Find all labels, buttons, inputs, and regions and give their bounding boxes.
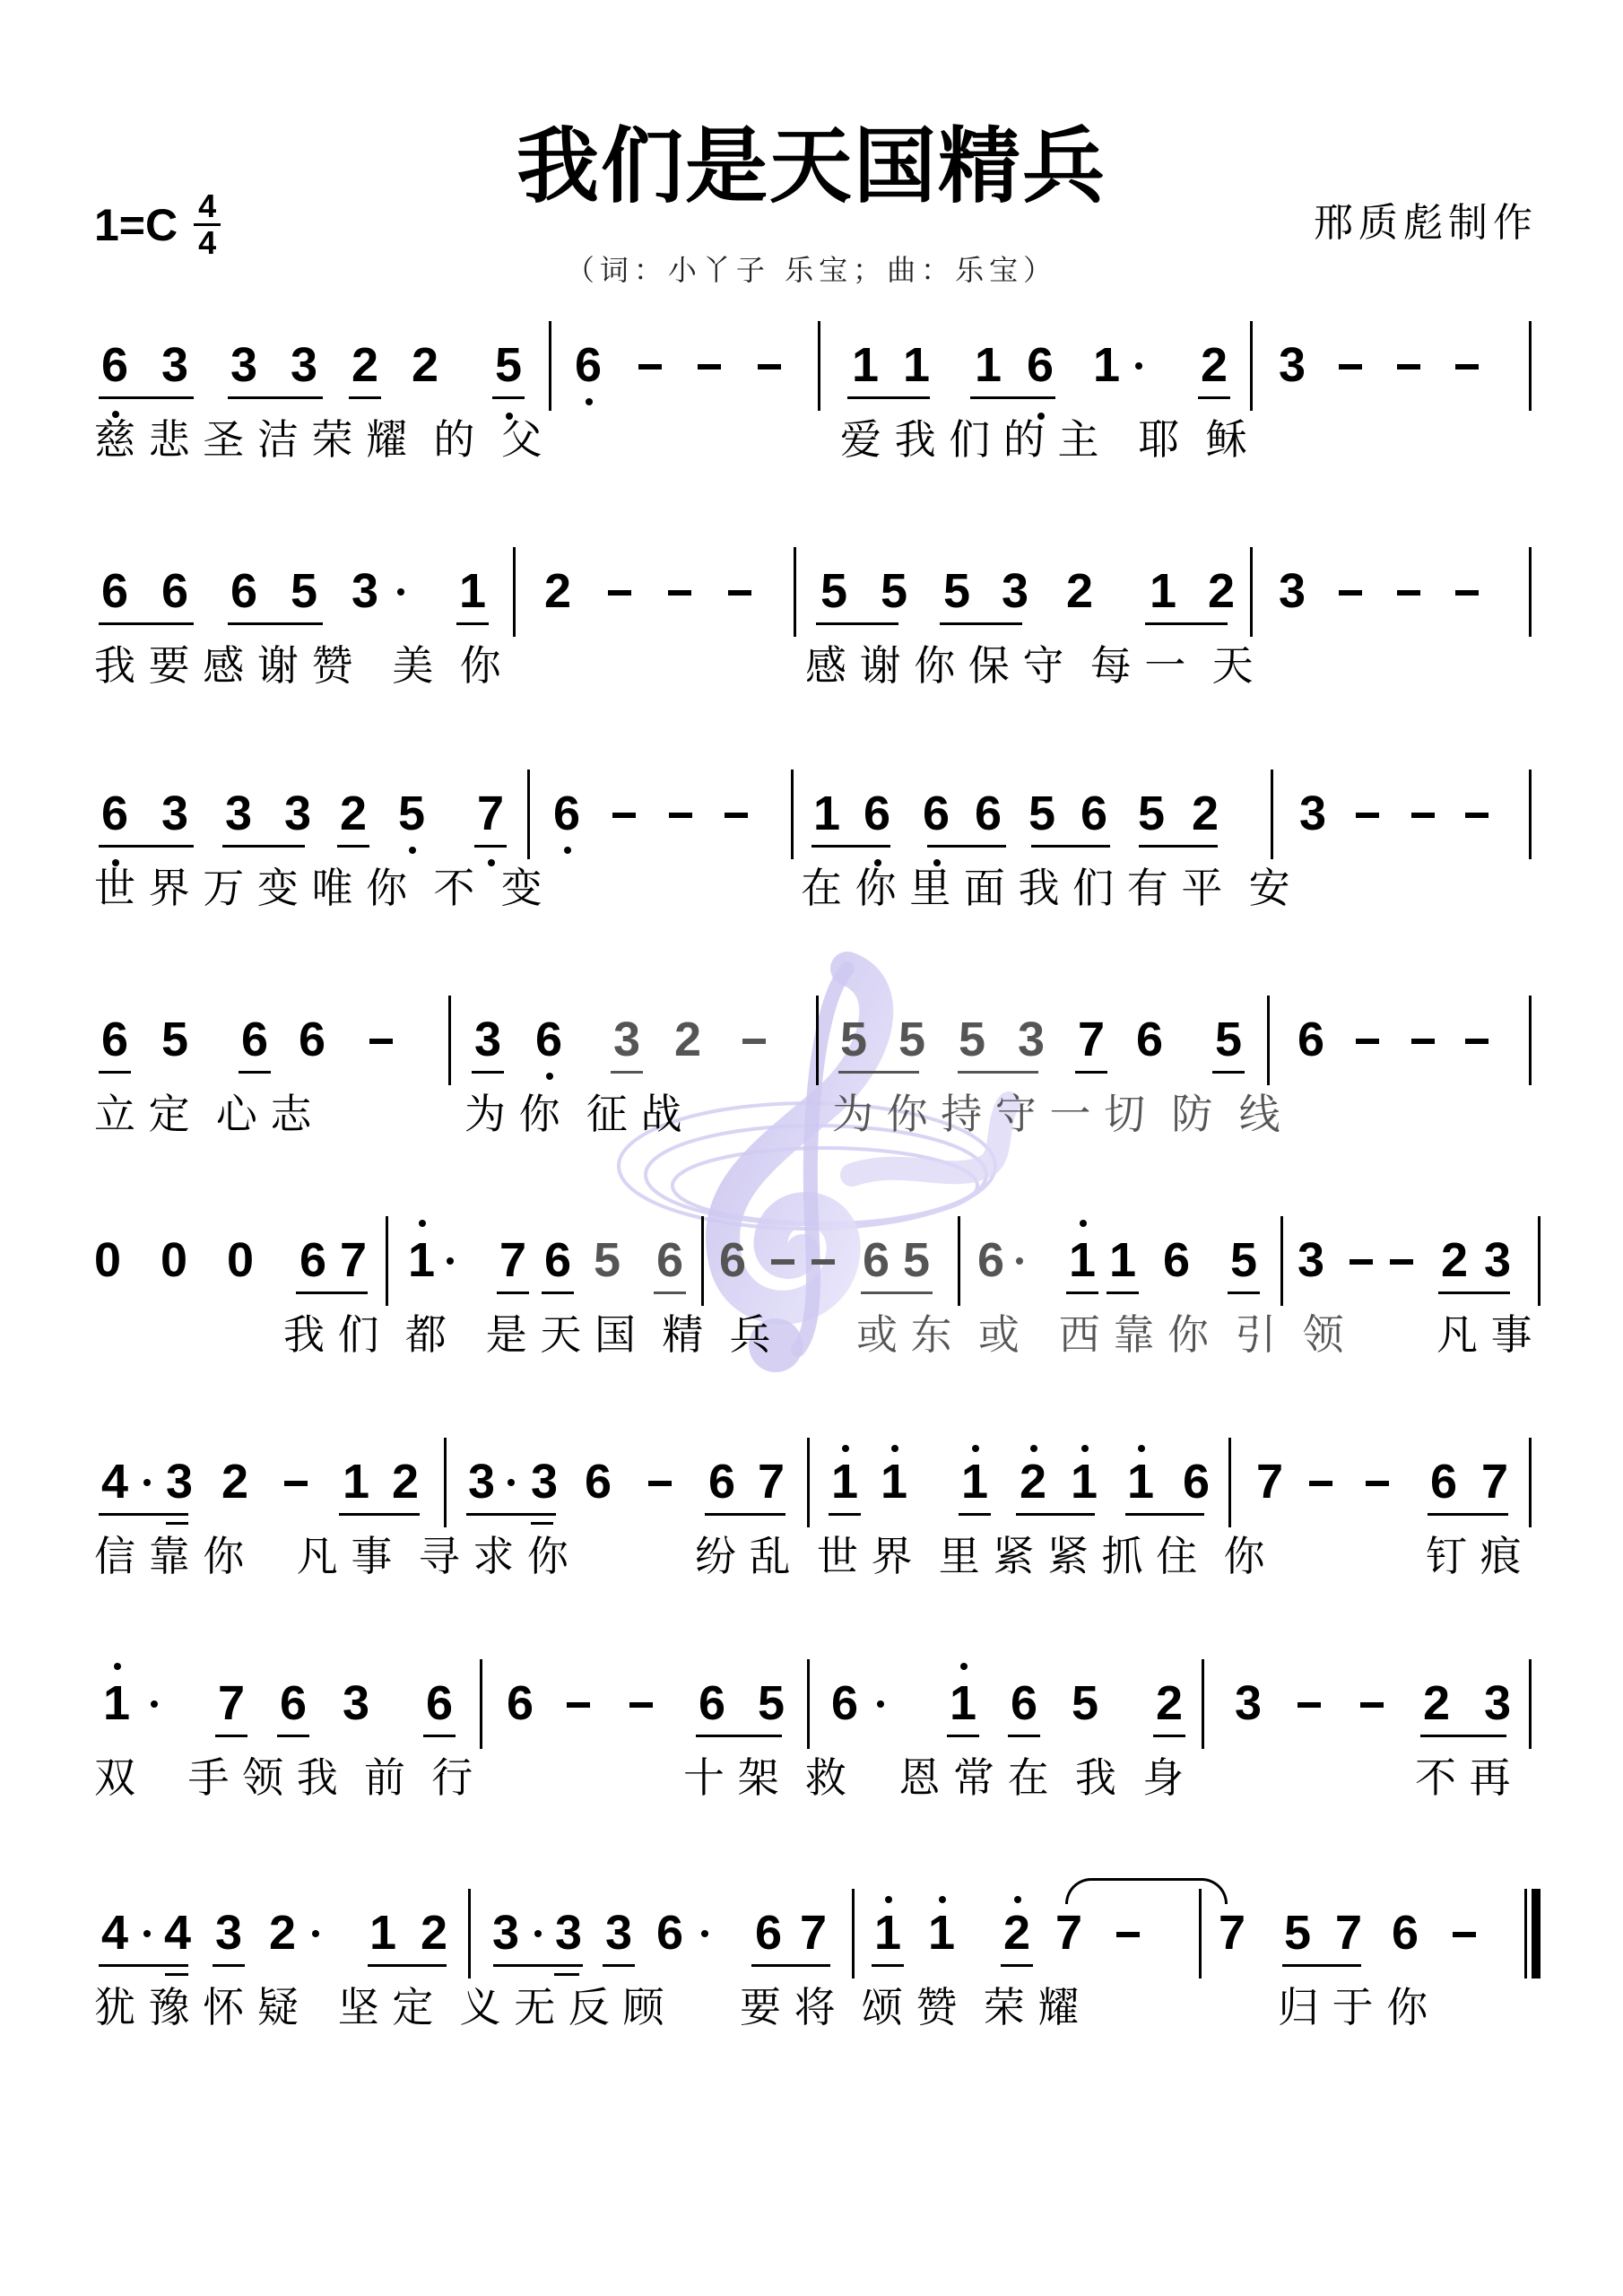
hold-dash bbox=[1411, 1039, 1435, 1044]
note: 6 bbox=[749, 1909, 788, 1957]
note: 5 bbox=[587, 1236, 627, 1284]
note: 3 bbox=[1478, 1679, 1517, 1727]
hold-dash bbox=[669, 813, 692, 818]
hold-dash bbox=[608, 590, 631, 596]
note: 1 bbox=[453, 567, 492, 615]
note: 1 bbox=[868, 1909, 907, 1957]
hold-dash bbox=[1360, 1702, 1384, 1708]
lyric-line: 为 你 征 战 bbox=[464, 1089, 682, 1139]
beam-underline bbox=[847, 396, 930, 399]
note: 5 bbox=[1022, 789, 1062, 838]
barline bbox=[468, 1889, 471, 1979]
note: 2 bbox=[345, 341, 385, 389]
hold-dash bbox=[1397, 590, 1420, 596]
beam-underline bbox=[228, 396, 323, 399]
note: 0 bbox=[88, 1236, 127, 1284]
note: 1 bbox=[897, 341, 936, 389]
note: 1 bbox=[807, 789, 846, 838]
note: 6 bbox=[692, 1679, 732, 1727]
barline bbox=[549, 321, 551, 411]
note: 2 bbox=[215, 1457, 255, 1506]
note: 3 bbox=[155, 341, 195, 389]
note: 5 bbox=[392, 789, 431, 838]
note: 3 bbox=[486, 1909, 525, 1957]
beam-underline bbox=[554, 1973, 579, 1976]
hold-dash bbox=[728, 590, 751, 596]
score-row-3: 6 3 3 3 2 5 7 6 1 6 6 6 5 6 5 2 bbox=[0, 789, 1623, 969]
hold-dash bbox=[668, 590, 691, 596]
beam-underline bbox=[99, 845, 194, 848]
note: 1 bbox=[955, 1457, 994, 1506]
augmentation-dot bbox=[508, 1479, 515, 1486]
beam-underline bbox=[696, 1735, 782, 1737]
hold-dash bbox=[369, 1039, 393, 1044]
note: 3 bbox=[1011, 1015, 1051, 1064]
beam-underline bbox=[811, 845, 890, 848]
note: 7 bbox=[212, 1679, 251, 1727]
note: 1 bbox=[874, 1457, 914, 1506]
score-row-4: 6 5 6 6 3 6 3 2 5 5 5 3 7 6 5 6 bbox=[0, 1015, 1623, 1195]
hold-dash bbox=[1397, 364, 1420, 370]
note: 1 bbox=[1063, 1236, 1102, 1284]
note: 7 bbox=[1049, 1909, 1089, 1957]
note: 2 bbox=[1194, 341, 1234, 389]
beam-underline bbox=[970, 396, 1055, 399]
note: 7 bbox=[1250, 1457, 1289, 1506]
note: 7 bbox=[493, 1236, 533, 1284]
note: 2 bbox=[414, 1909, 454, 1957]
augmentation-dot bbox=[143, 1930, 151, 1937]
score-row-8: 4 4 3 2 1 2 3 3 3 6 6 7 1 1 2 bbox=[0, 1909, 1623, 2088]
note: 7 bbox=[794, 1909, 833, 1957]
barline bbox=[1250, 547, 1253, 637]
augmentation-dot bbox=[534, 1930, 542, 1937]
note: 2 bbox=[1417, 1679, 1456, 1727]
hold-dash bbox=[1465, 813, 1488, 818]
beam-underline bbox=[531, 1522, 553, 1525]
note: 1 bbox=[363, 1909, 403, 1957]
barline bbox=[1529, 996, 1532, 1085]
beam-underline bbox=[1282, 1964, 1361, 1967]
note: 3 bbox=[224, 341, 264, 389]
note: 3 bbox=[1478, 1236, 1517, 1284]
note: 7 bbox=[334, 1236, 373, 1284]
note: 4 bbox=[158, 1909, 197, 1957]
hold-dash bbox=[1390, 1259, 1413, 1265]
lyric-line: 犹 豫 怀 疑 坚 定 义 无 反 顾 bbox=[94, 1982, 664, 2032]
lyric-line: 凡 事 bbox=[1436, 1309, 1532, 1360]
note: 1 bbox=[1143, 567, 1183, 615]
note: 6 bbox=[420, 1679, 459, 1727]
barline bbox=[444, 1438, 447, 1527]
note: 6 bbox=[155, 567, 195, 615]
note: 6 bbox=[568, 341, 608, 389]
barline bbox=[386, 1216, 388, 1306]
augmentation-dot bbox=[397, 588, 404, 596]
note: 2 bbox=[1150, 1679, 1189, 1727]
barline bbox=[1199, 1889, 1202, 1979]
note: 6 bbox=[293, 1236, 333, 1284]
barline bbox=[1250, 321, 1253, 411]
beam-underline bbox=[1145, 622, 1228, 625]
augmentation-dot bbox=[447, 1257, 454, 1265]
beam-underline bbox=[296, 1291, 368, 1294]
lyric-line: 信 靠 你 凡 事 寻 求 你 bbox=[94, 1531, 568, 1581]
barline bbox=[852, 1889, 855, 1979]
time-numerator: 4 bbox=[198, 190, 216, 222]
note: 1 bbox=[846, 341, 885, 389]
barline bbox=[807, 1438, 810, 1527]
hold-dash bbox=[648, 1481, 672, 1486]
beam-underline bbox=[166, 1522, 188, 1525]
beam-underline bbox=[927, 845, 1006, 848]
note: 0 bbox=[221, 1236, 260, 1284]
note: 6 bbox=[650, 1909, 690, 1957]
lyric-line: 归 于 你 bbox=[1278, 1982, 1428, 2032]
note: 6 bbox=[224, 567, 264, 615]
lyric-line: 爱 我 们 的 主 耶 稣 bbox=[840, 414, 1247, 465]
beam-underline bbox=[816, 622, 898, 625]
lyric-line: 或 东 或 西 靠 你 引 领 bbox=[856, 1309, 1343, 1360]
note: 3 bbox=[995, 567, 1035, 615]
hold-dash bbox=[1309, 1481, 1332, 1486]
note: 6 bbox=[1004, 1679, 1044, 1727]
note: 3 bbox=[1291, 1236, 1331, 1284]
lyric-line: 为 你 持 守 一 切 防 线 bbox=[832, 1089, 1280, 1139]
note: 3 bbox=[1272, 341, 1312, 389]
barline bbox=[1529, 770, 1532, 859]
sheet-music-page: 我们是天国精兵 1=C 4 4 邢质彪制作 （词：小丫子 乐宝；曲：乐宝） bbox=[0, 0, 1623, 2296]
augmentation-dot bbox=[151, 1700, 158, 1708]
note: 6 bbox=[273, 1679, 313, 1727]
note: 3 bbox=[160, 1457, 199, 1506]
barline bbox=[1271, 770, 1273, 859]
note: 7 bbox=[1329, 1909, 1368, 1957]
barline bbox=[807, 1659, 810, 1749]
note: 3 bbox=[209, 1909, 248, 1957]
beam-underline bbox=[1428, 1513, 1508, 1516]
note: 3 bbox=[468, 1015, 508, 1064]
barline bbox=[1228, 1438, 1231, 1527]
augmentation-dot bbox=[877, 1700, 884, 1708]
score-row-7: 1 7 6 3 6 6 6 5 6 1 6 5 2 3 2 3 bbox=[0, 1679, 1623, 1858]
hold-dash bbox=[1465, 1039, 1488, 1044]
note: 2 bbox=[1185, 789, 1225, 838]
lyric-line: 世 界 万 变 唯 你 不 变 bbox=[94, 863, 542, 913]
barline bbox=[1280, 1216, 1283, 1306]
note: 6 bbox=[292, 1015, 332, 1064]
author-credit: 邢质彪制作 bbox=[1314, 190, 1538, 248]
note: 5 bbox=[897, 1236, 936, 1284]
note: 6 bbox=[968, 789, 1008, 838]
note: 3 bbox=[525, 1457, 564, 1506]
beam-underline bbox=[1016, 1513, 1095, 1516]
note: 3 bbox=[607, 1015, 647, 1064]
note: 6 bbox=[1020, 341, 1060, 389]
beam-underline bbox=[1420, 1735, 1506, 1737]
lyric-line: 要 将 颂 赞 荣 耀 bbox=[740, 1982, 1079, 2032]
note: 5 bbox=[284, 567, 324, 615]
score-row-5: 0 0 0 6 7 1 7 6 5 6 6 6 5 6 1 1 6 5 bbox=[0, 1236, 1623, 1415]
barline bbox=[1202, 1659, 1204, 1749]
note: 3 bbox=[549, 1909, 588, 1957]
hold-dash bbox=[1116, 1932, 1140, 1937]
note: 3 bbox=[219, 789, 258, 838]
hold-dash bbox=[1356, 813, 1379, 818]
note: 1 bbox=[1121, 1457, 1160, 1506]
beam-underline bbox=[222, 845, 305, 848]
hold-dash bbox=[638, 364, 662, 370]
barline bbox=[701, 1216, 704, 1306]
note: 5 bbox=[952, 1015, 992, 1064]
barline bbox=[816, 996, 819, 1085]
lyric-line: 在 你 里 面 我 们 有 平 安 bbox=[801, 863, 1290, 913]
note: 2 bbox=[1202, 567, 1241, 615]
note: 3 bbox=[345, 567, 385, 615]
note: 6 bbox=[529, 1015, 568, 1064]
note: 2 bbox=[1060, 567, 1099, 615]
beam-underline bbox=[1031, 845, 1110, 848]
note: 7 bbox=[751, 1457, 791, 1506]
note: 1 bbox=[336, 1457, 376, 1506]
note: 6 bbox=[713, 1236, 752, 1284]
note: 5 bbox=[155, 1015, 195, 1064]
beam-underline bbox=[228, 622, 323, 625]
lyric-line: 慈 悲 圣 洁 荣 耀 的 父 bbox=[94, 414, 542, 465]
note: 1 bbox=[1087, 341, 1126, 389]
barline bbox=[1538, 1216, 1541, 1306]
note: 6 bbox=[1291, 1015, 1331, 1064]
beam-underline bbox=[940, 622, 1022, 625]
note: 6 bbox=[1130, 1015, 1169, 1064]
beam-underline bbox=[705, 1513, 785, 1516]
note: 6 bbox=[1176, 1457, 1216, 1506]
note: 4 bbox=[95, 1457, 135, 1506]
augmentation-dot bbox=[1135, 362, 1142, 370]
barline bbox=[791, 770, 794, 859]
hold-dash bbox=[758, 364, 781, 370]
score-row-2: 6 6 6 5 3 1 2 5 5 5 3 2 1 2 3 bbox=[0, 567, 1623, 746]
hold-dash bbox=[698, 364, 721, 370]
note: 6 bbox=[971, 1236, 1011, 1284]
barline bbox=[1267, 996, 1270, 1085]
augmentation-dot bbox=[143, 1479, 151, 1486]
barline bbox=[448, 996, 451, 1085]
lyrics-music-credit: （词：小丫子 乐宝；曲：乐宝） bbox=[0, 248, 1623, 289]
note: 6 bbox=[1385, 1909, 1425, 1957]
beam-underline bbox=[99, 1513, 188, 1516]
lyric-line: 纷 乱 世 界 里 紧 紧 抓 住 你 bbox=[695, 1531, 1264, 1581]
note: 2 bbox=[1435, 1236, 1474, 1284]
note: 5 bbox=[1065, 1679, 1105, 1727]
note: 6 bbox=[578, 1457, 618, 1506]
barline bbox=[513, 547, 516, 637]
lyric-line: 十 架 救 恩 常 在 我 身 bbox=[683, 1752, 1184, 1803]
barline bbox=[818, 321, 820, 411]
note: 7 bbox=[1212, 1909, 1252, 1957]
barline bbox=[1529, 1438, 1532, 1527]
lyric-line: 立 定 心 志 bbox=[94, 1089, 312, 1139]
note: 5 bbox=[937, 567, 976, 615]
augmentation-dot bbox=[1016, 1257, 1023, 1265]
note: 1 bbox=[1103, 1236, 1142, 1284]
lyric-line: 钉 痕 bbox=[1426, 1531, 1522, 1581]
note: 0 bbox=[154, 1236, 194, 1284]
hold-dash bbox=[1356, 1039, 1379, 1044]
final-barline bbox=[1524, 1889, 1542, 1979]
barline bbox=[958, 1216, 960, 1306]
score-row-6: 4 3 2 1 2 3 3 6 6 7 1 1 1 2 1 bbox=[0, 1457, 1623, 1637]
hold-dash bbox=[1455, 590, 1479, 596]
beam-underline bbox=[466, 1513, 556, 1516]
hold-dash bbox=[1339, 590, 1362, 596]
note: 6 bbox=[825, 1679, 864, 1727]
note: 6 bbox=[916, 789, 956, 838]
beam-underline bbox=[751, 1964, 830, 1967]
beam-underline bbox=[1438, 1291, 1510, 1294]
augmentation-dot bbox=[701, 1930, 708, 1937]
hold-dash bbox=[1455, 364, 1479, 370]
barline bbox=[527, 770, 530, 859]
note: 7 bbox=[471, 789, 510, 838]
beam-underline bbox=[958, 1071, 1038, 1074]
note: 4 bbox=[95, 1909, 135, 1957]
note: 6 bbox=[702, 1457, 742, 1506]
note: 6 bbox=[235, 1015, 274, 1064]
note: 6 bbox=[95, 789, 135, 838]
hold-dash bbox=[612, 813, 636, 818]
tie-arc bbox=[1065, 1878, 1228, 1904]
note: 3 bbox=[1293, 789, 1332, 838]
hold-dash bbox=[1366, 1481, 1389, 1486]
note: 3 bbox=[1228, 1679, 1268, 1727]
augmentation-dot bbox=[312, 1930, 319, 1937]
note: 2 bbox=[386, 1457, 425, 1506]
hold-dash bbox=[1453, 1932, 1476, 1937]
beam-underline bbox=[1125, 1513, 1204, 1516]
key-label: 1=C bbox=[94, 199, 178, 251]
lyric-line: 双 手 领 我 前 行 bbox=[94, 1752, 473, 1803]
note: 6 bbox=[547, 789, 586, 838]
note: 3 bbox=[336, 1679, 376, 1727]
beam-underline bbox=[368, 1964, 447, 1967]
note: 3 bbox=[155, 789, 195, 838]
hold-dash bbox=[725, 813, 748, 818]
note: 5 bbox=[1209, 1015, 1248, 1064]
barline bbox=[1529, 321, 1532, 411]
beam-underline bbox=[99, 1964, 188, 1967]
note: 1 bbox=[825, 1457, 864, 1506]
note: 6 bbox=[650, 1236, 690, 1284]
note: 3 bbox=[284, 341, 324, 389]
score-row-1: 6 3 3 3 2 2 5 6 1 1 1 6 1 2 3 bbox=[0, 341, 1623, 520]
beam-underline bbox=[838, 1071, 919, 1074]
note: 1 bbox=[402, 1236, 441, 1284]
note: 2 bbox=[668, 1015, 707, 1064]
note: 2 bbox=[405, 341, 445, 389]
note: 5 bbox=[874, 567, 914, 615]
barline bbox=[480, 1659, 482, 1749]
note: 3 bbox=[278, 789, 317, 838]
note: 6 bbox=[857, 789, 897, 838]
note: 5 bbox=[892, 1015, 932, 1064]
note: 3 bbox=[462, 1457, 501, 1506]
hold-dash bbox=[284, 1481, 308, 1486]
beam-underline bbox=[99, 396, 194, 399]
note: 1 bbox=[968, 341, 1008, 389]
note: 5 bbox=[1132, 789, 1171, 838]
note: 2 bbox=[997, 1909, 1037, 1957]
note: 5 bbox=[834, 1015, 873, 1064]
note: 5 bbox=[1224, 1236, 1263, 1284]
note: 3 bbox=[1272, 567, 1312, 615]
barline bbox=[1529, 1659, 1532, 1749]
beam-underline bbox=[861, 1291, 933, 1294]
hold-dash bbox=[1298, 1702, 1321, 1708]
beam-underline bbox=[339, 1513, 420, 1516]
hold-dash bbox=[629, 1702, 653, 1708]
note: 2 bbox=[263, 1909, 302, 1957]
note: 6 bbox=[95, 567, 135, 615]
note: 5 bbox=[1278, 1909, 1317, 1957]
beam-underline bbox=[493, 1964, 583, 1967]
beam-underline bbox=[99, 622, 194, 625]
beam-underline bbox=[1139, 845, 1218, 848]
note: 2 bbox=[538, 567, 577, 615]
note: 5 bbox=[489, 341, 528, 389]
lyric-line: 我 要 感 谢 赞 美 你 bbox=[94, 640, 501, 691]
note: 1 bbox=[97, 1679, 136, 1727]
hold-dash bbox=[1350, 1259, 1373, 1265]
note: 6 bbox=[500, 1679, 540, 1727]
barline bbox=[1529, 547, 1532, 637]
note: 7 bbox=[1475, 1457, 1515, 1506]
lyric-line: 不 再 bbox=[1415, 1752, 1511, 1803]
note: 6 bbox=[1074, 789, 1114, 838]
note: 6 bbox=[1424, 1457, 1463, 1506]
beam-underline bbox=[165, 1973, 188, 1976]
note: 7 bbox=[1072, 1015, 1111, 1064]
note: 1 bbox=[922, 1909, 961, 1957]
hold-dash bbox=[771, 1259, 794, 1265]
note: 5 bbox=[814, 567, 854, 615]
hold-dash bbox=[1411, 813, 1435, 818]
note: 1 bbox=[1064, 1457, 1104, 1506]
note: 5 bbox=[751, 1679, 791, 1727]
lyric-line: 感 谢 你 保 守 每 一 天 bbox=[805, 640, 1254, 691]
hold-dash bbox=[742, 1039, 766, 1044]
note: 3 bbox=[599, 1909, 638, 1957]
barline bbox=[794, 547, 796, 637]
note: 6 bbox=[95, 1015, 135, 1064]
note: 2 bbox=[334, 789, 373, 838]
note: 2 bbox=[1013, 1457, 1053, 1506]
hold-dash bbox=[567, 1702, 590, 1708]
note: 6 bbox=[1157, 1236, 1196, 1284]
note: 6 bbox=[95, 341, 135, 389]
lyric-line: 我 们 都 是 天 国 精 兵 bbox=[283, 1309, 770, 1360]
hold-dash bbox=[811, 1259, 835, 1265]
hold-dash bbox=[1339, 364, 1362, 370]
note: 6 bbox=[856, 1236, 896, 1284]
note: 6 bbox=[538, 1236, 577, 1284]
note: 1 bbox=[943, 1679, 983, 1727]
